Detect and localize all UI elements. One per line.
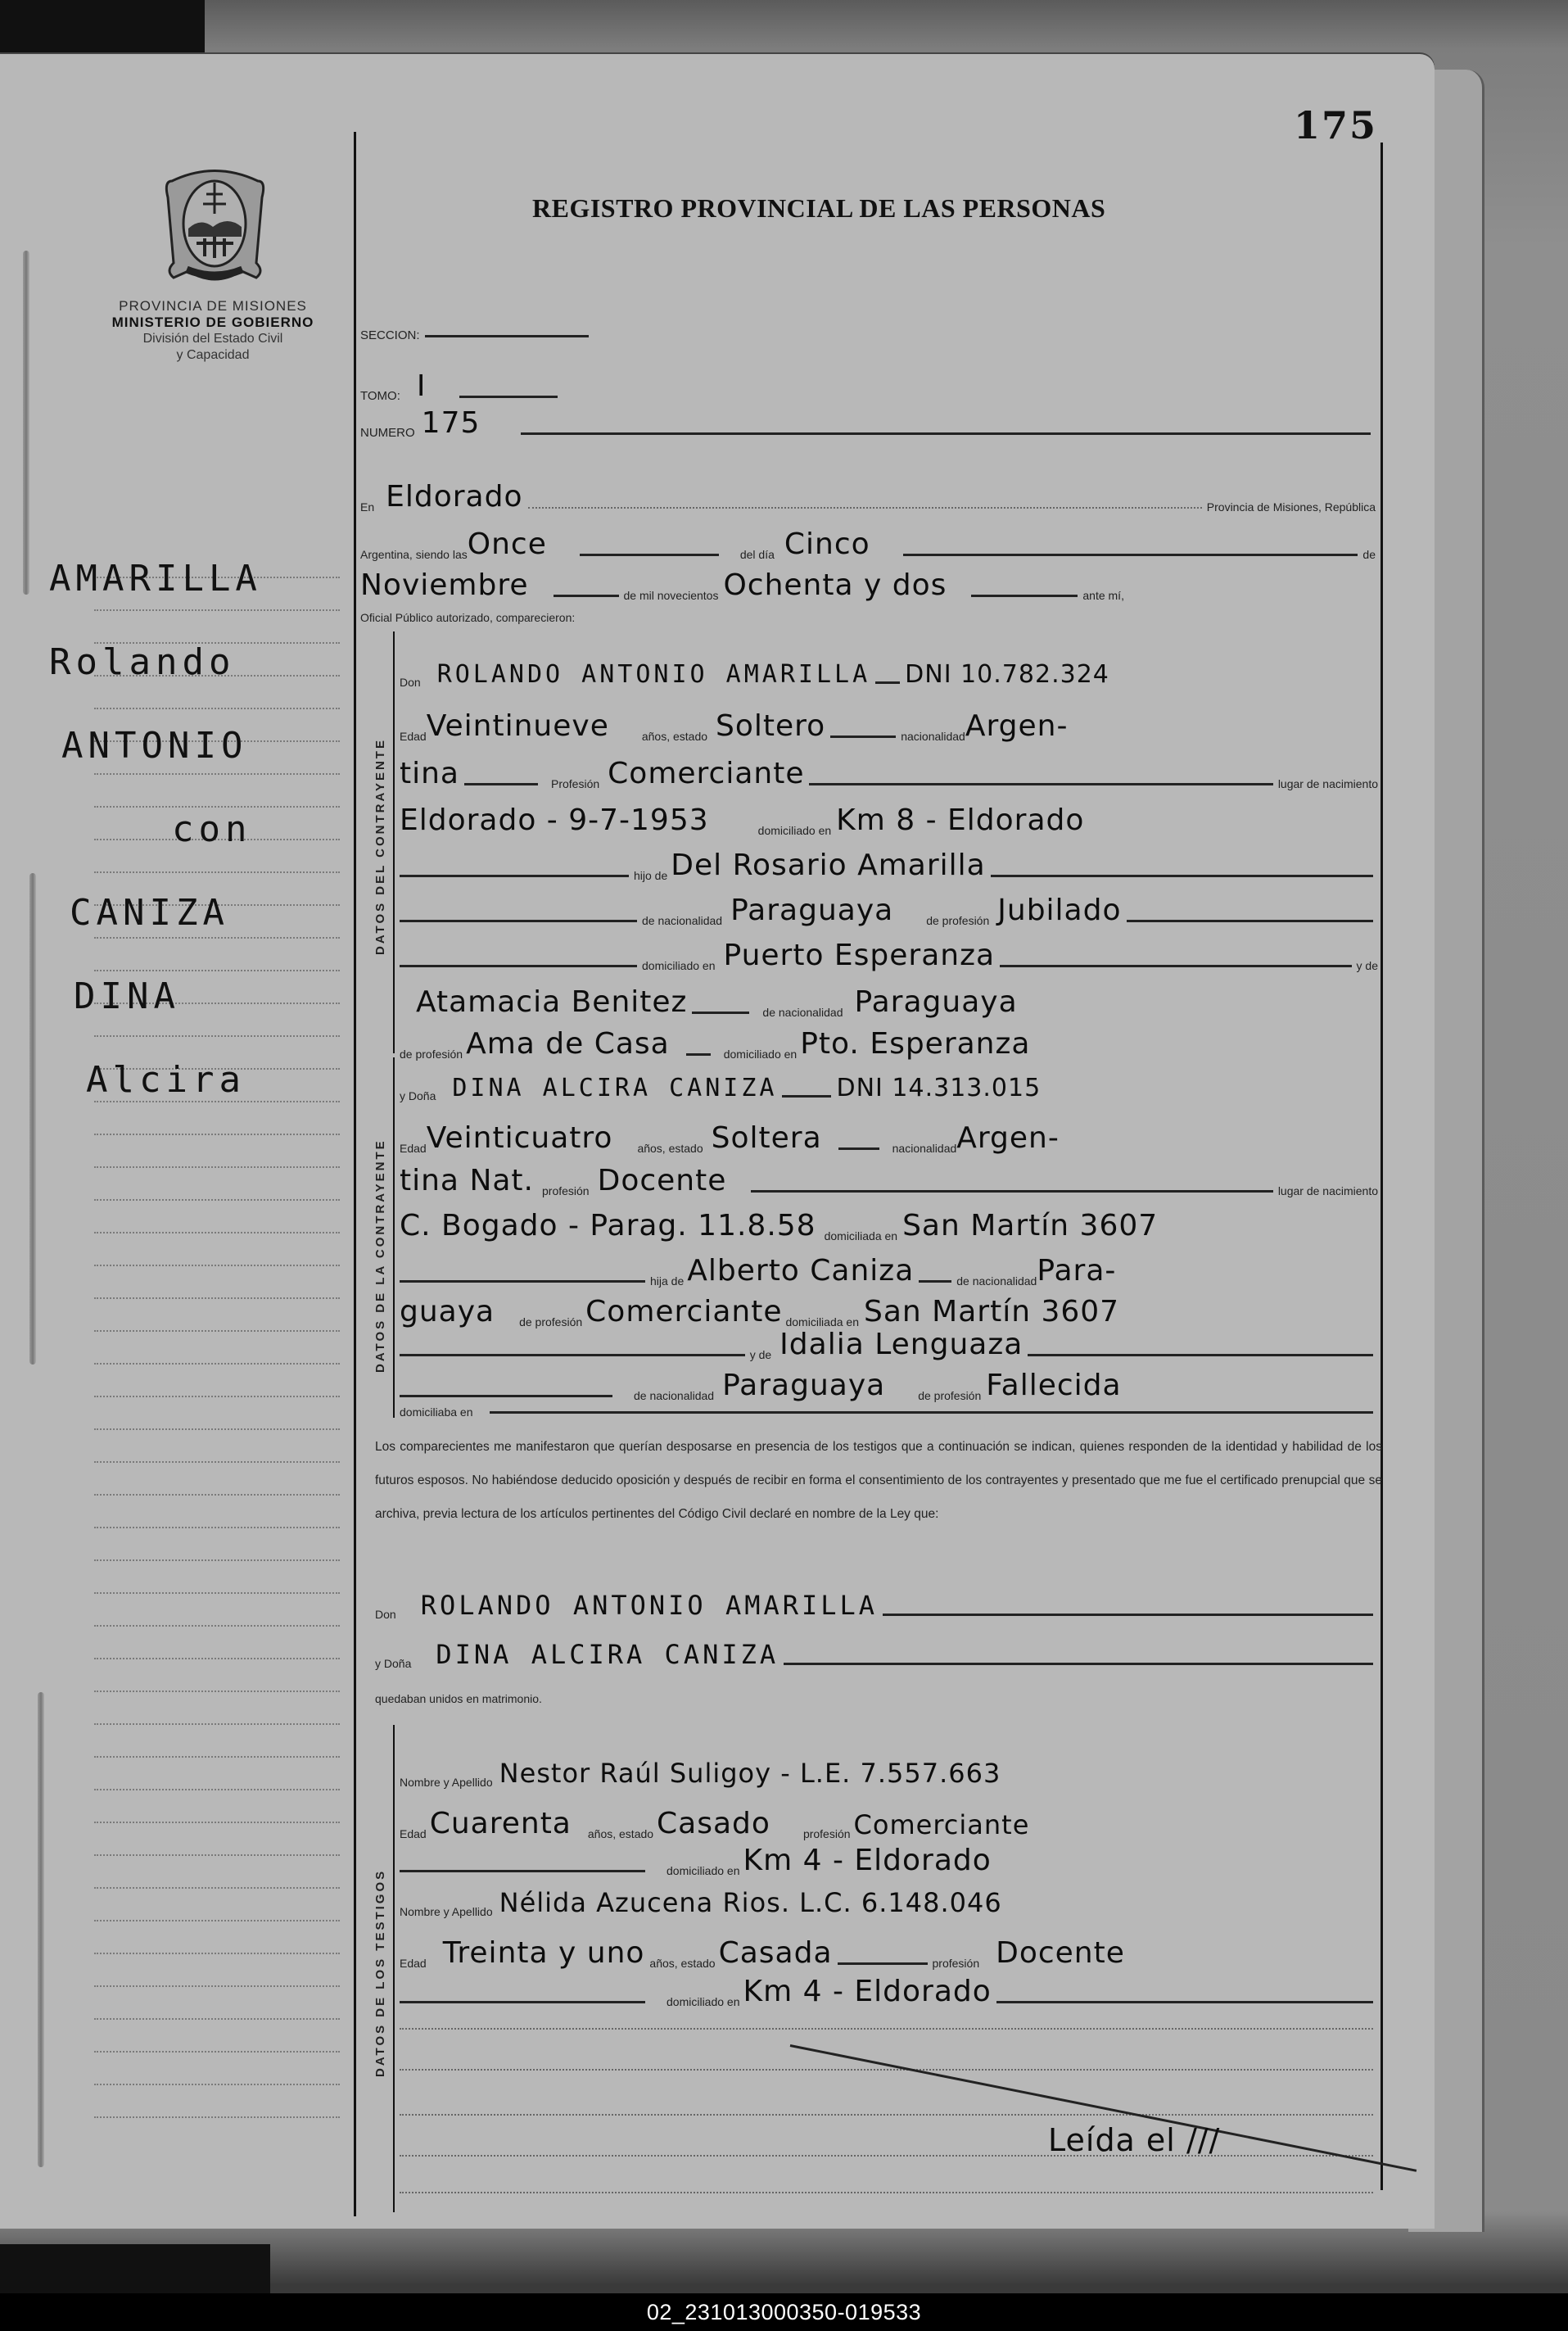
misiones-crest-icon: [164, 165, 266, 283]
contrayenta-nacionalidad-b: tina Nat.: [400, 1164, 534, 1197]
padre-prof-label: de profesión: [926, 914, 989, 927]
contrayente-nacionalidad-b: tina: [400, 757, 459, 790]
testigo-profesion-label: profesión: [803, 1827, 851, 1840]
padre-nac-label-2: de nacionalidad: [956, 1274, 1037, 1288]
contrayente-padre-profesion: Jubilado: [997, 894, 1121, 927]
padre-prof-line: [1127, 920, 1374, 922]
provincia-text: Provincia de Misiones, República: [1207, 500, 1376, 514]
don-label: Don: [400, 676, 421, 689]
hora-line: [580, 554, 719, 556]
decl-don-label: Don: [375, 1608, 396, 1621]
margin-name: Alcira: [49, 1039, 344, 1122]
testigo-profesion-label: profesión: [933, 1957, 980, 1970]
decl-don-line: [883, 1614, 1373, 1616]
agency-province: PROVINCIA DE MISIONES: [90, 298, 336, 315]
contrayenta-bracket: [393, 1057, 395, 1418]
contrayenta-lugar-nacimiento: C. Bogado - Parag. 11.8.58: [400, 1209, 816, 1242]
dona-line: [782, 1095, 831, 1098]
edad-label-2: Edad: [400, 1142, 427, 1155]
decl-dona-label: y Doña: [375, 1657, 411, 1670]
contrayenta-madre-nacionalidad: Paraguaya: [722, 1369, 885, 1402]
edad-label: Edad: [400, 730, 427, 743]
padre-dom-label-2: domiciliada en: [785, 1315, 859, 1328]
contrayenta-edad: Veinticuatro: [427, 1121, 613, 1155]
contrayente-bracket: [393, 631, 395, 1053]
testigo-anios-label: años, estado: [649, 1957, 715, 1970]
registry-page: 175 PROVINCIA DE MISIONES MINISTERIO DE …: [0, 54, 1435, 2229]
padre-dom-line: [400, 965, 637, 967]
testigo-domicilio-label: domiciliado en: [667, 1864, 740, 1877]
contrayente-madre-domicilio: Pto. Esperanza: [800, 1027, 1030, 1061]
contrayenta-padre-profesion: Comerciante: [585, 1295, 782, 1328]
contrayente-edad: Veintinueve: [427, 709, 609, 743]
tomo-label: TOMO:: [360, 389, 400, 403]
mes-value: Noviembre: [360, 568, 529, 602]
de-label: de: [1362, 548, 1376, 561]
margin-name: CANIZA: [49, 871, 344, 955]
contrayenta-name: Dina Alcira Caniza: [452, 1074, 777, 1102]
blank-line: [400, 2155, 1373, 2157]
hora-value: Once: [468, 527, 547, 561]
madre-nac-label: de nacionalidad: [762, 1006, 843, 1019]
nacionalidad-label: nacionalidad: [901, 730, 965, 743]
numero-line: [521, 432, 1371, 435]
dia-line: [903, 554, 1358, 556]
domicilio-label: domiciliado en: [758, 824, 832, 837]
anio-value: Ochenta y dos: [723, 568, 947, 602]
seccion-field[interactable]: [425, 335, 589, 337]
numero-label: NUMERO: [360, 426, 415, 440]
agency-ministry: MINISTERIO DE GOBIERNO: [90, 315, 336, 331]
margin-index-names: AMARILLA Rolando ANTONIO con CANIZA DINA…: [49, 537, 344, 1122]
contrayenta-padre-nacionalidad-b: guaya: [400, 1295, 495, 1328]
profesion-line-2: [751, 1190, 1272, 1193]
contrayenta-estado: Soltera: [712, 1121, 822, 1155]
testigo-nombre-label: Nombre y Apellido: [400, 1905, 493, 1918]
padre-line: [991, 875, 1373, 877]
decl-don-value: Rolando Antonio Amarilla: [421, 1590, 878, 1621]
contrayenta-dni: DNI 14.313.015: [836, 1074, 1041, 1102]
lugar-nacimiento-label: lugar de nacimiento: [1278, 777, 1378, 790]
contrayenta-side-label: DATOS DE LA CONTRAYENTE: [373, 1138, 387, 1373]
binding-crease-3: [38, 1692, 44, 2167]
madre-nac-line-2: [400, 1395, 612, 1397]
nac-line: [464, 783, 538, 785]
anios-label: años, estado: [642, 730, 707, 743]
book-edge-top: [0, 0, 205, 57]
y-de-line-2: [400, 1354, 745, 1356]
padre-dom-label: domiciliado en: [642, 959, 716, 972]
testigo-dom-line: [400, 1870, 645, 1872]
contrayente-nacionalidad-a: Argen-: [965, 709, 1069, 743]
testigo-nombre: Nélida Azucena Rios. L.C. 6.148.046: [499, 1887, 1002, 1918]
dia-label: del día: [740, 548, 775, 561]
agency-division: División del Estado Civil: [90, 331, 336, 347]
contrayenta-padre: Alberto Caniza: [687, 1254, 914, 1288]
profesion-label-2: profesión: [542, 1184, 590, 1197]
mil-label: de mil novecientos: [624, 589, 719, 602]
contrayente-padre: Del Rosario Amarilla: [671, 849, 985, 882]
testigo-edad-label: Edad: [400, 1957, 427, 1970]
y-de-label-2: y de: [750, 1348, 771, 1361]
testigo-domicilio: Km 4 - Eldorado: [743, 1844, 992, 1877]
contrayente-madre-nacionalidad: Paraguaya: [855, 985, 1018, 1019]
testigo-anios-label: años, estado: [588, 1827, 653, 1840]
hija-label: hija de: [650, 1274, 684, 1288]
tomo-line: [459, 396, 558, 398]
mes-line: [554, 595, 619, 597]
lugar-value: Eldorado: [386, 480, 522, 514]
binding-crease-1: [23, 251, 29, 595]
madre-dom-label: domiciliado en: [724, 1048, 798, 1061]
estado-line-2: [838, 1147, 879, 1150]
blank-line: [400, 2028, 1373, 2030]
contrayente-name: Rolando Antonio Amarilla: [437, 660, 870, 689]
madre-line-2: [1028, 1354, 1373, 1356]
book-edge-bottom: [0, 2244, 270, 2293]
declaration-text: Los comparecientes me manifestaron que q…: [375, 1430, 1382, 1531]
binding-crease-2: [29, 873, 36, 1365]
profesion-line: [809, 783, 1272, 785]
contrayente-padre-domicilio: Puerto Esperanza: [724, 939, 996, 972]
anios-label-2: años, estado: [637, 1142, 703, 1155]
agency-block: PROVINCIA DE MISIONES MINISTERIO DE GOBI…: [90, 298, 336, 364]
ante-label: ante mí,: [1082, 589, 1124, 602]
numero-value: 175: [422, 406, 481, 440]
decl-closing: quedaban unidos en matrimonio.: [375, 1692, 542, 1705]
testigo-estado-line: [838, 1962, 928, 1965]
madre-prof-label-2: de profesión: [918, 1389, 981, 1402]
contrayenta-domicilio: San Martín 3607: [902, 1209, 1158, 1242]
argentina-label: Argentina, siendo las: [360, 548, 468, 561]
domiciliaba-label: domiciliaba en: [400, 1405, 473, 1419]
contrayente-padre-nacionalidad: Paraguaya: [730, 894, 893, 927]
testigo-nombre-label: Nombre y Apellido: [400, 1776, 493, 1789]
testigo-1: Nombre y Apellido Nestor Raúl Suligoy - …: [400, 1758, 1378, 1789]
anio-line: [971, 595, 1078, 597]
blank-line: [400, 2069, 1373, 2071]
contrayenta-madre: Idalia Lenguaza: [779, 1328, 1023, 1361]
madre-prof-label: de profesión: [400, 1048, 463, 1061]
testigo-nombre: Nestor Raúl Suligoy - L.E. 7.557.663: [499, 1758, 1001, 1789]
testigos-bracket: [393, 1725, 395, 2212]
decl-dona-line: [784, 1663, 1373, 1665]
seccion-label: SECCION:: [360, 328, 420, 342]
margin-name: DINA: [49, 955, 344, 1039]
domiciliaba-field[interactable]: [490, 1411, 1374, 1414]
contrayente-domicilio: Km 8 - Eldorado: [836, 803, 1084, 837]
hija-line: [400, 1280, 645, 1283]
testigo-estado: Casada: [719, 1936, 833, 1970]
testigo-domicilio: Km 4 - Eldorado: [743, 1975, 992, 2008]
dona-label: y Doña: [400, 1089, 436, 1102]
dia-value: Cinco: [784, 527, 870, 561]
form-left-border: [354, 132, 356, 2216]
y-de-label: y de: [1357, 959, 1378, 972]
margin-name: ANTONIO: [49, 704, 344, 788]
tomo-value: I: [417, 369, 427, 403]
testigo-edad: Cuarenta: [430, 1807, 572, 1840]
blank-line: [400, 2192, 1373, 2193]
testigo-dom-fill: [996, 2001, 1373, 2003]
profesion-label: Profesión: [551, 777, 599, 790]
annotation-leida: Leída el ///: [1048, 2122, 1220, 2158]
contrayente-lugar-nacimiento: Eldorado - 9-7-1953: [400, 803, 709, 837]
hijo-line: [400, 875, 629, 877]
contrayente-profesion: Comerciante: [608, 757, 804, 790]
domicilio-label-2: domiciliada en: [825, 1229, 898, 1242]
contrayente-dni: DNI 10.782.324: [905, 660, 1109, 689]
contrayenta-padre-nacionalidad-a: Para-: [1037, 1254, 1116, 1288]
testigo-dom-line: [400, 2001, 645, 2003]
madre-line: [692, 1012, 749, 1014]
contrayente-side-label: DATOS DEL CONTRAYENTE: [373, 738, 387, 955]
lugar-nacimiento-label-2: lugar de nacimiento: [1278, 1184, 1378, 1197]
testigo-domicilio-label: domiciliado en: [667, 1995, 740, 2008]
contrayente-madre: Atamacia Benitez: [416, 985, 687, 1019]
decl-dona-value: Dina Alcira Caniza: [436, 1639, 779, 1670]
testigo-2: Nombre y Apellido Nélida Azucena Rios. L…: [400, 1887, 1378, 1918]
padre-prof-label-2: de profesión: [519, 1315, 582, 1328]
padre-nac-line: [400, 920, 637, 922]
contrayenta-profesion: Docente: [598, 1164, 727, 1197]
contrayente-madre-profesion: Ama de Casa: [466, 1027, 670, 1061]
testigos-side-label: DATOS DE LOS TESTIGOS: [373, 1869, 387, 2077]
margin-name: con: [49, 788, 344, 871]
en-label: En: [360, 500, 374, 514]
form-title: REGISTRO PROVINCIAL DE LAS PERSONAS: [532, 193, 1105, 224]
lugar-line: [528, 507, 1202, 509]
margin-name: Rolando: [49, 621, 344, 704]
name-line: [875, 681, 900, 684]
contrayenta-padre-domicilio: San Martín 3607: [864, 1295, 1119, 1328]
madre-nac-label-2: de nacionalidad: [634, 1389, 714, 1402]
padre-nac-label: de nacionalidad: [642, 914, 722, 927]
oficial-text: Oficial Público autorizado, compareciero…: [360, 611, 575, 624]
left-margin: PROVINCIA DE MISIONES MINISTERIO DE GOBI…: [0, 54, 352, 2229]
madre-prof-line: [686, 1053, 711, 1056]
padre-dom-fill: [1000, 965, 1351, 967]
testigo-edad-label: Edad: [400, 1827, 427, 1840]
contrayenta-nacionalidad-a: Argen-: [956, 1121, 1060, 1155]
testigo-edad: Treinta y uno: [443, 1936, 645, 1970]
hijo-label: hijo de: [634, 869, 667, 882]
blank-line: [400, 2114, 1373, 2116]
nacionalidad-label-2: nacionalidad: [892, 1142, 957, 1155]
estado-line: [830, 736, 896, 738]
testigo-estado: Casado: [657, 1807, 770, 1840]
margin-name: AMARILLA: [49, 537, 344, 621]
agency-capacity: y Capacidad: [90, 347, 336, 364]
marriage-record-form: REGISTRO PROVINCIAL DE LAS PERSONAS SECC…: [360, 54, 1384, 2229]
contrayenta-madre-profesion: Fallecida: [986, 1369, 1121, 1402]
contrayente-estado: Soltero: [716, 709, 825, 743]
scan-id-caption: 02_231013000350-019533: [0, 2293, 1568, 2331]
padre-line-2: [919, 1280, 951, 1283]
testigo-profesion: Docente: [996, 1936, 1125, 1970]
testigo-profesion: Comerciante: [854, 1809, 1030, 1840]
